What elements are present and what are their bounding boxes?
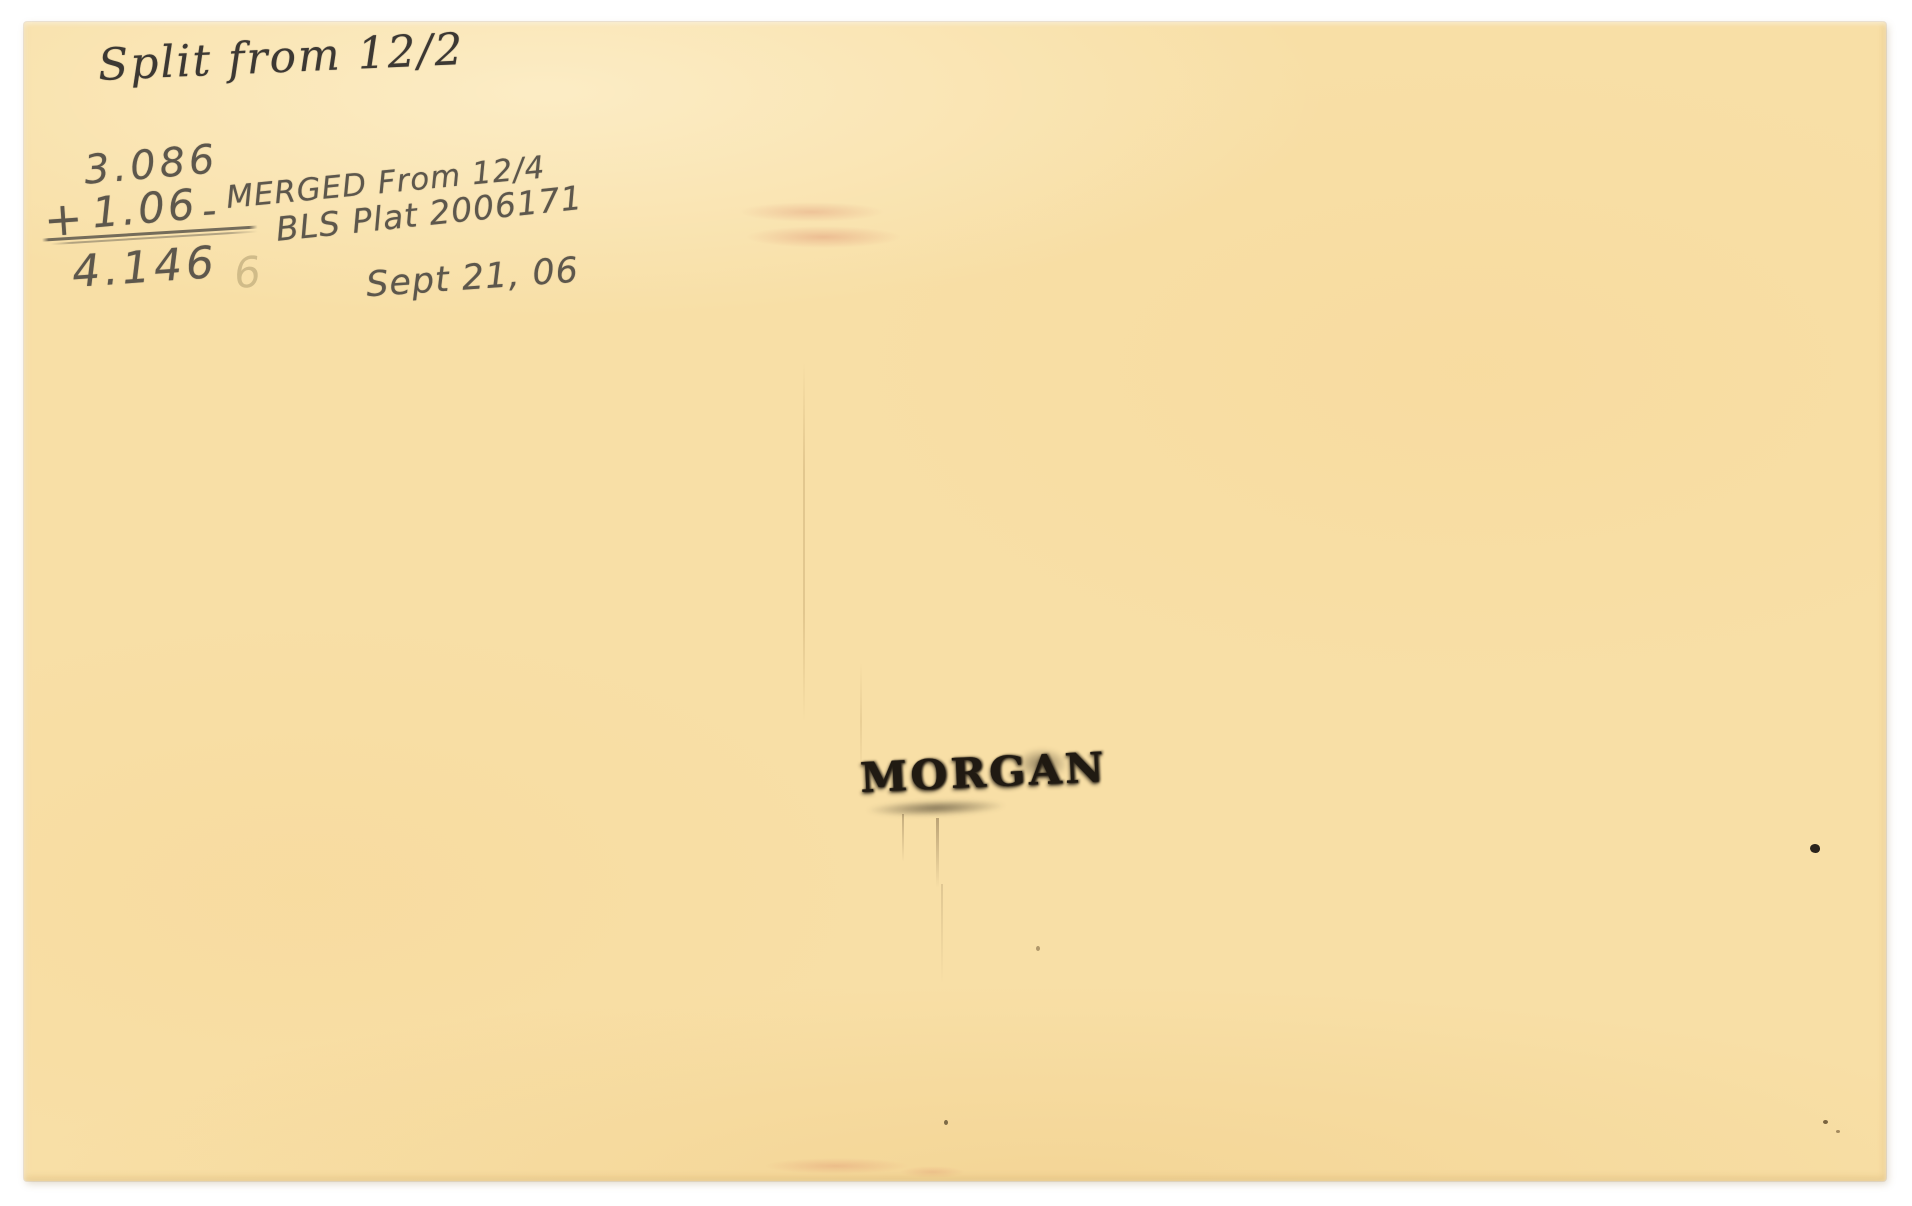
ink-drip	[936, 818, 939, 888]
date-note: Sept 21, 06	[365, 251, 580, 306]
paper-speck	[1836, 1130, 1840, 1133]
paper-speck	[944, 1120, 948, 1125]
bleedthrough-mark	[746, 226, 901, 248]
scanner-background: Split from 12/2 3.086 + 1.06 - MERGED Fr…	[0, 0, 1912, 1206]
stamp-ink-blotch	[1016, 748, 1068, 780]
bleedthrough-mark	[764, 1158, 909, 1174]
paper-crease	[803, 362, 805, 722]
paper-speck	[1823, 1120, 1828, 1124]
ink-drip	[941, 884, 943, 984]
paper-speck	[1036, 946, 1040, 951]
paper-card: Split from 12/2 3.086 + 1.06 - MERGED Fr…	[24, 22, 1886, 1181]
bleedthrough-mark	[900, 1166, 965, 1178]
split-note: Split from 12/2	[97, 24, 465, 91]
ink-drip	[902, 814, 904, 862]
ink-dot	[1810, 844, 1820, 853]
morgan-stamp: MORGAN	[859, 743, 1108, 802]
addition-sum: 4.146	[70, 237, 219, 298]
bleedthrough-mark	[739, 202, 884, 222]
ghost-digit: 6	[232, 247, 264, 299]
paper-crease	[860, 662, 862, 782]
addition-bottom-addend: 1.06	[90, 179, 199, 237]
stamp-ink-smudge	[866, 798, 1006, 819]
